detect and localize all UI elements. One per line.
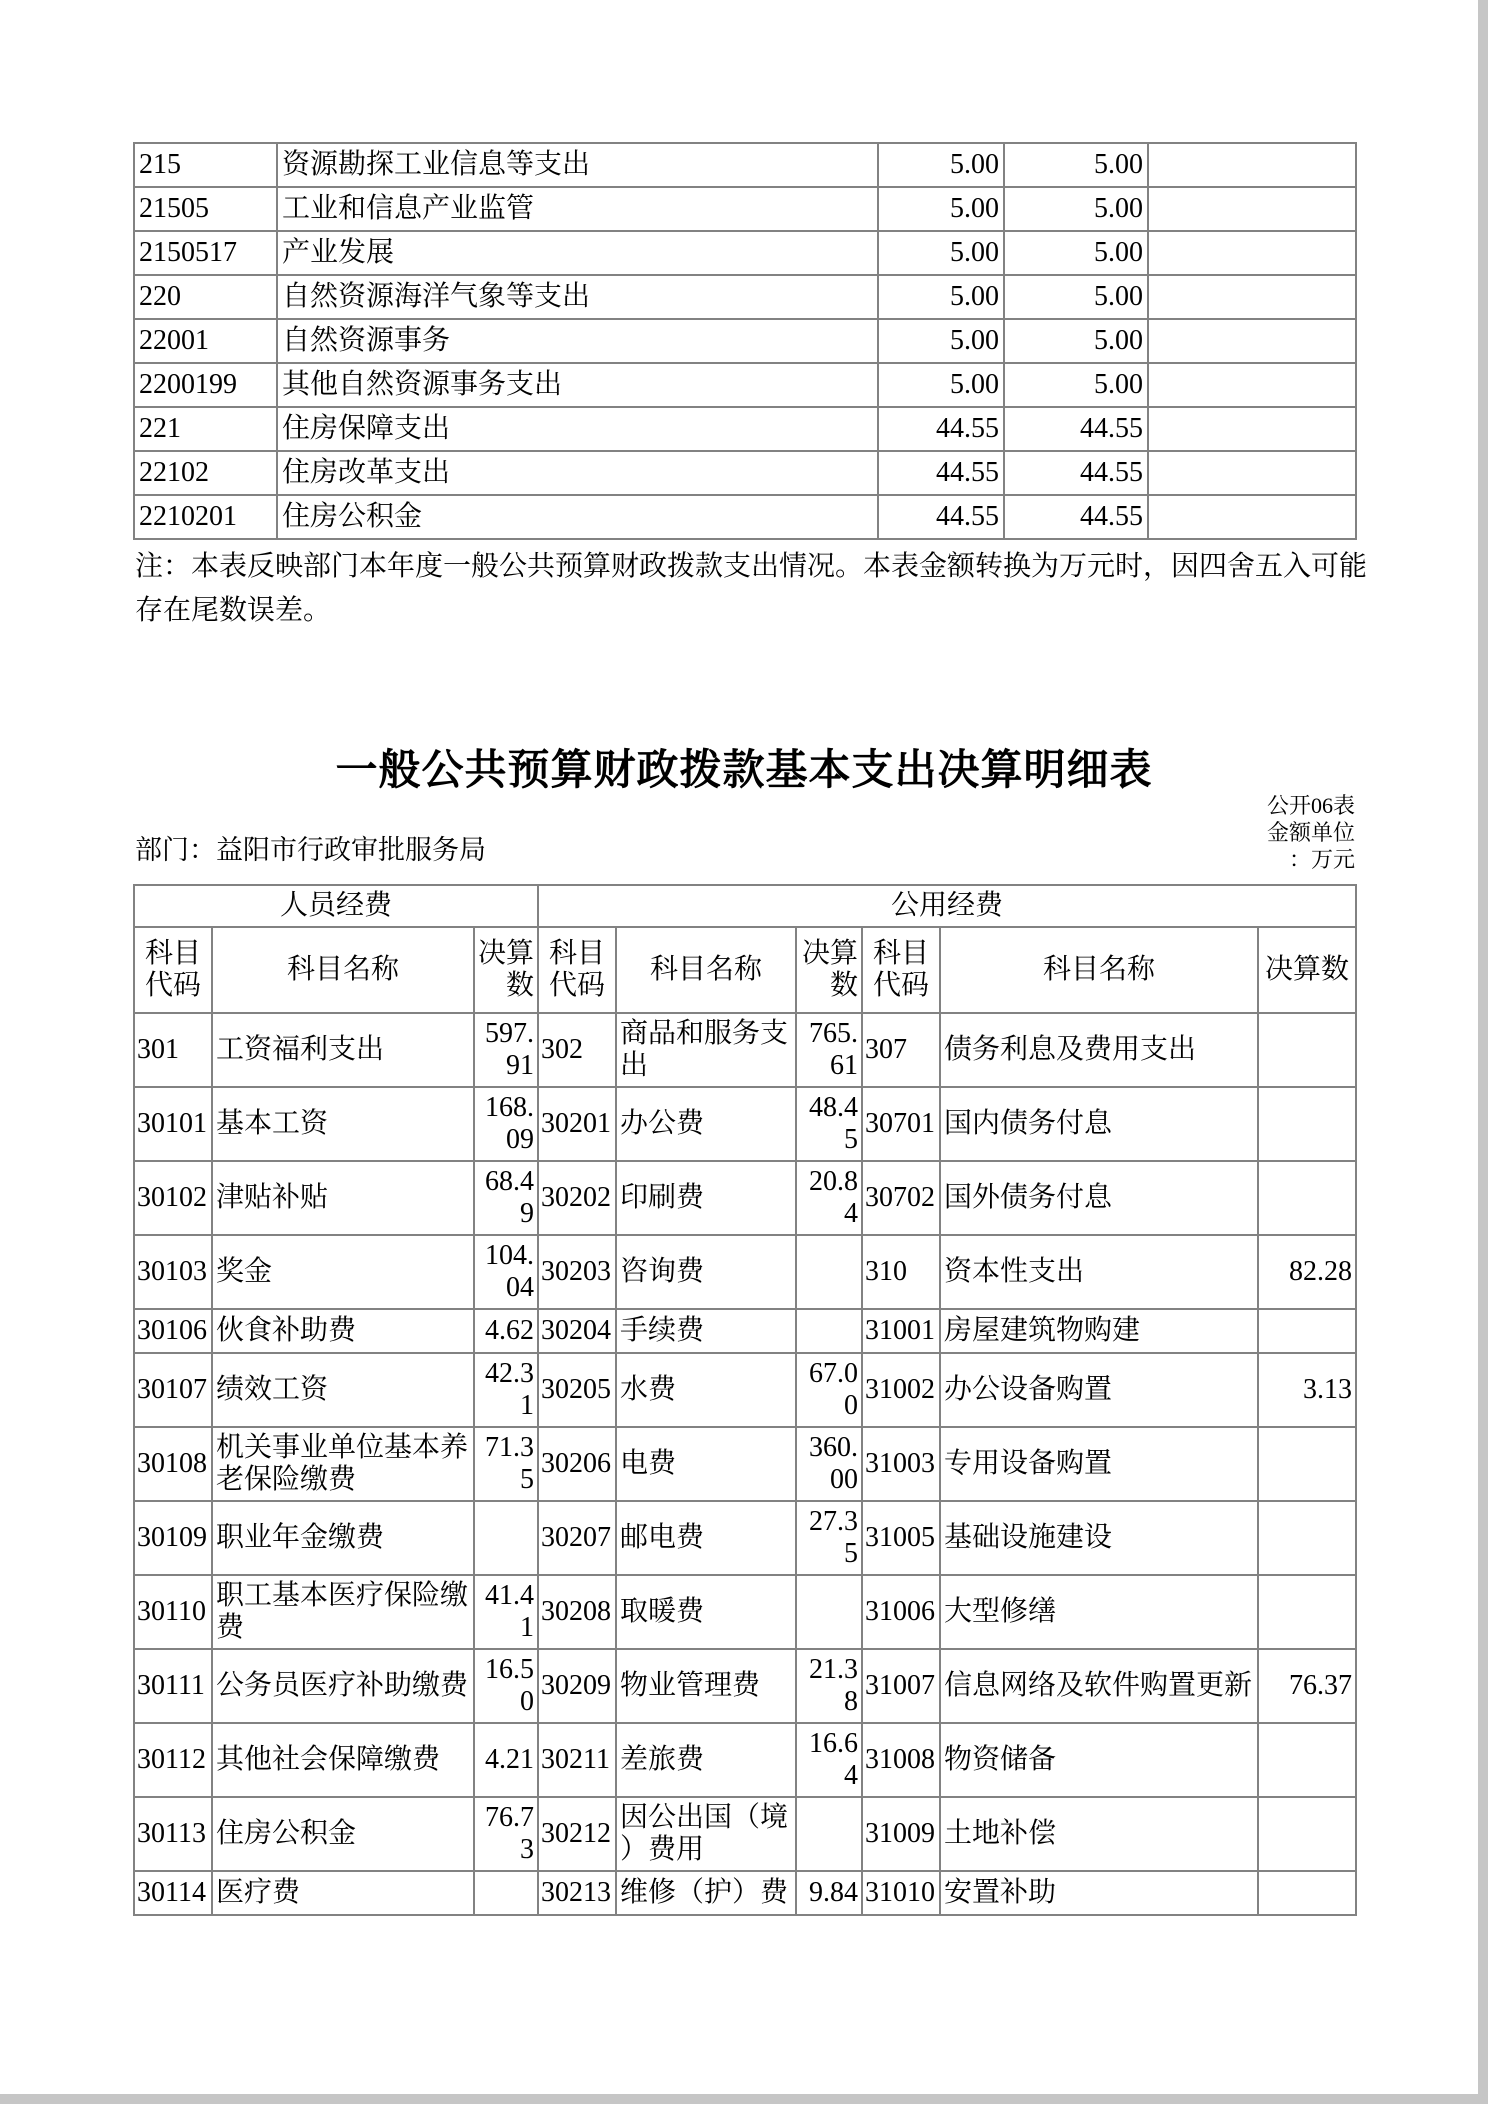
table-row: 220 自然资源海洋气象等支出 5.00 5.00 <box>134 275 1356 319</box>
col-header-subject-name: 科目名称 <box>616 927 796 1013</box>
amount-cell: 4.62 <box>474 1309 538 1353</box>
subject-name-cell: 自然资源海洋气象等支出 <box>277 275 878 319</box>
col-header-subject-code: 科目代码 <box>862 927 940 1013</box>
subject-name-cell: 资本性支出 <box>940 1235 1258 1309</box>
subject-name-cell: 手续费 <box>616 1309 796 1353</box>
table-row: 30108 机关事业单位基本养老保险缴费 71.35 30206 电费 360.… <box>134 1427 1356 1501</box>
subject-code-cell: 302 <box>538 1013 616 1087</box>
subject-name-cell: 办公设备购置 <box>940 1353 1258 1427</box>
amount-cell <box>1258 1723 1356 1797</box>
table-row: 30103 奖金 104.04 30203 咨询费 310 资本性支出 82.2… <box>134 1235 1356 1309</box>
table-row: 21505 工业和信息产业监管 5.00 5.00 <box>134 187 1356 231</box>
document-page: 215 资源勘探工业信息等支出 5.00 5.00 21505 工业和信息产业监… <box>0 0 1488 2104</box>
subject-code-cell: 30702 <box>862 1161 940 1235</box>
table-row: 2200199 其他自然资源事务支出 5.00 5.00 <box>134 363 1356 407</box>
subject-name-cell: 工资福利支出 <box>212 1013 474 1087</box>
subject-code-cell: 30111 <box>134 1649 212 1723</box>
subject-name-cell: 国外债务付息 <box>940 1161 1258 1235</box>
amount-cell <box>796 1797 862 1871</box>
col-header-subject-name: 科目名称 <box>940 927 1258 1013</box>
subject-name-cell: 水费 <box>616 1353 796 1427</box>
subject-code-cell: 30107 <box>134 1353 212 1427</box>
amount-cell <box>1258 1309 1356 1353</box>
subject-code-cell: 31008 <box>862 1723 940 1797</box>
table-row: 30110 职工基本医疗保险缴费 41.41 30208 取暖费 31006 大… <box>134 1575 1356 1649</box>
amount-cell: 5.00 <box>878 231 1004 275</box>
budget-expenditure-table: 215 资源勘探工业信息等支出 5.00 5.00 21505 工业和信息产业监… <box>133 142 1357 540</box>
subject-name-cell: 机关事业单位基本养老保险缴费 <box>212 1427 474 1501</box>
amount-cell <box>1258 1161 1356 1235</box>
subject-code-cell: 30203 <box>538 1235 616 1309</box>
amount-cell <box>1258 1427 1356 1501</box>
amount-cell: 5.00 <box>878 363 1004 407</box>
amount-cell: 5.00 <box>878 319 1004 363</box>
table-row: 30107 绩效工资 42.31 30205 水费 67.00 31002 办公… <box>134 1353 1356 1427</box>
amount-cell: 360.00 <box>796 1427 862 1501</box>
subject-code-cell: 220 <box>134 275 277 319</box>
empty-cell <box>1148 275 1356 319</box>
table-number-label: 公开06表 <box>1055 792 1355 819</box>
empty-cell <box>1148 451 1356 495</box>
empty-cell <box>1148 231 1356 275</box>
amount-cell: 67.00 <box>796 1353 862 1427</box>
subject-name-cell: 住房公积金 <box>212 1797 474 1871</box>
subject-code-cell: 30201 <box>538 1087 616 1161</box>
subject-name-cell: 咨询费 <box>616 1235 796 1309</box>
group-public-header: 公用经费 <box>538 885 1356 927</box>
amount-cell <box>796 1235 862 1309</box>
amount-cell: 76.73 <box>474 1797 538 1871</box>
page-title: 一般公共预算财政拨款基本支出决算明细表 <box>133 746 1355 794</box>
subject-name-cell: 土地补偿 <box>940 1797 1258 1871</box>
column-header-row: 科目代码 科目名称 决算数 科目代码 科目名称 决算数 科目代码 科目名称 决算… <box>134 927 1356 1013</box>
subject-code-cell: 31001 <box>862 1309 940 1353</box>
amount-cell: 82.28 <box>1258 1235 1356 1309</box>
subject-name-cell: 因公出国（境）费用 <box>616 1797 796 1871</box>
subject-name-cell: 资源勘探工业信息等支出 <box>277 143 878 187</box>
amount-cell: 44.55 <box>1004 407 1148 451</box>
subject-code-cell: 30213 <box>538 1871 616 1915</box>
subject-name-cell: 基本工资 <box>212 1087 474 1161</box>
subject-name-cell: 伙食补助费 <box>212 1309 474 1353</box>
amount-cell <box>796 1309 862 1353</box>
subject-code-cell: 31007 <box>862 1649 940 1723</box>
subject-code-cell: 30207 <box>538 1501 616 1575</box>
subject-code-cell: 30113 <box>134 1797 212 1871</box>
page-edge-right <box>1478 0 1488 2104</box>
table-footnote: 注：本表反映部门本年度一般公共预算财政拨款支出情况。本表金额转换为万元时，因四舍… <box>135 545 1373 633</box>
subject-name-cell: 其他自然资源事务支出 <box>277 363 878 407</box>
subject-code-cell: 30202 <box>538 1161 616 1235</box>
subject-name-cell: 医疗费 <box>212 1871 474 1915</box>
subject-code-cell: 307 <box>862 1013 940 1087</box>
subject-code-cell: 30108 <box>134 1427 212 1501</box>
amount-cell: 44.55 <box>1004 495 1148 539</box>
amount-cell: 21.38 <box>796 1649 862 1723</box>
amount-cell: 44.55 <box>1004 451 1148 495</box>
amount-cell: 5.00 <box>1004 143 1148 187</box>
subject-name-cell: 印刷费 <box>616 1161 796 1235</box>
subject-name-cell: 其他社会保障缴费 <box>212 1723 474 1797</box>
subject-code-cell: 31003 <box>862 1427 940 1501</box>
subject-code-cell: 30209 <box>538 1649 616 1723</box>
subject-name-cell: 绩效工资 <box>212 1353 474 1427</box>
subject-code-cell: 30206 <box>538 1427 616 1501</box>
amount-cell: 76.37 <box>1258 1649 1356 1723</box>
empty-cell <box>1148 495 1356 539</box>
amount-cell: 5.00 <box>1004 275 1148 319</box>
table-row: 22001 自然资源事务 5.00 5.00 <box>134 319 1356 363</box>
department-label: 部门：益阳市行政审批服务局 <box>135 834 1035 866</box>
subject-code-cell: 31010 <box>862 1871 940 1915</box>
subject-name-cell: 住房保障支出 <box>277 407 878 451</box>
amount-cell <box>1258 1087 1356 1161</box>
subject-code-cell: 22001 <box>134 319 277 363</box>
amount-cell: 44.55 <box>878 407 1004 451</box>
subject-name-cell: 工业和信息产业监管 <box>277 187 878 231</box>
subject-name-cell: 办公费 <box>616 1087 796 1161</box>
subject-name-cell: 差旅费 <box>616 1723 796 1797</box>
group-header-row: 人员经费 公用经费 <box>134 885 1356 927</box>
subject-code-cell: 30109 <box>134 1501 212 1575</box>
col-header-amount: 决算数 <box>474 927 538 1013</box>
amount-cell: 5.00 <box>1004 363 1148 407</box>
subject-name-cell: 住房改革支出 <box>277 451 878 495</box>
amount-cell: 20.84 <box>796 1161 862 1235</box>
amount-cell: 44.55 <box>878 495 1004 539</box>
subject-code-cell: 30112 <box>134 1723 212 1797</box>
subject-name-cell: 专用设备购置 <box>940 1427 1258 1501</box>
subject-code-cell: 2150517 <box>134 231 277 275</box>
subject-code-cell: 30211 <box>538 1723 616 1797</box>
amount-cell <box>474 1501 538 1575</box>
table-row: 221 住房保障支出 44.55 44.55 <box>134 407 1356 451</box>
amount-cell: 5.00 <box>878 143 1004 187</box>
empty-cell <box>1148 319 1356 363</box>
subject-code-cell: 31009 <box>862 1797 940 1871</box>
subject-code-cell: 30204 <box>538 1309 616 1353</box>
subject-code-cell: 31002 <box>862 1353 940 1427</box>
amount-cell: 44.55 <box>878 451 1004 495</box>
subject-code-cell: 30212 <box>538 1797 616 1871</box>
amount-cell: 27.35 <box>796 1501 862 1575</box>
table-row: 30106 伙食补助费 4.62 30204 手续费 31001 房屋建筑物购建 <box>134 1309 1356 1353</box>
subject-code-cell: 21505 <box>134 187 277 231</box>
subject-name-cell: 住房公积金 <box>277 495 878 539</box>
table-row: 2150517 产业发展 5.00 5.00 <box>134 231 1356 275</box>
amount-cell: 104.04 <box>474 1235 538 1309</box>
amount-cell <box>1258 1871 1356 1915</box>
subject-code-cell: 30101 <box>134 1087 212 1161</box>
amount-cell: 9.84 <box>796 1871 862 1915</box>
subject-code-cell: 30102 <box>134 1161 212 1235</box>
subject-code-cell: 30110 <box>134 1575 212 1649</box>
subject-code-cell: 22102 <box>134 451 277 495</box>
table-row: 2210201 住房公积金 44.55 44.55 <box>134 495 1356 539</box>
subject-code-cell: 2200199 <box>134 363 277 407</box>
amount-cell: 5.00 <box>878 275 1004 319</box>
empty-cell <box>1148 143 1356 187</box>
subject-name-cell: 公务员医疗补助缴费 <box>212 1649 474 1723</box>
amount-cell: 16.64 <box>796 1723 862 1797</box>
subject-name-cell: 产业发展 <box>277 231 878 275</box>
subject-name-cell: 债务利息及费用支出 <box>940 1013 1258 1087</box>
amount-cell <box>474 1871 538 1915</box>
group-personnel-header: 人员经费 <box>134 885 538 927</box>
page-edge-bottom <box>0 2094 1488 2104</box>
subject-name-cell: 自然资源事务 <box>277 319 878 363</box>
amount-cell: 5.00 <box>1004 319 1148 363</box>
subject-name-cell: 商品和服务支出 <box>616 1013 796 1087</box>
col-header-amount: 决算数 <box>796 927 862 1013</box>
subject-code-cell: 30208 <box>538 1575 616 1649</box>
table-row: 215 资源勘探工业信息等支出 5.00 5.00 <box>134 143 1356 187</box>
unit-label-line1: 金额单位 <box>1055 819 1355 846</box>
unit-label-line2: ：万元 <box>1055 846 1355 873</box>
table-row: 301 工资福利支出 597.91 302 商品和服务支出 765.61 307… <box>134 1013 1356 1087</box>
subject-code-cell: 30205 <box>538 1353 616 1427</box>
subject-name-cell: 物资储备 <box>940 1723 1258 1797</box>
subject-name-cell: 取暖费 <box>616 1575 796 1649</box>
subject-code-cell: 215 <box>134 143 277 187</box>
amount-cell: 41.41 <box>474 1575 538 1649</box>
amount-cell <box>1258 1575 1356 1649</box>
subject-code-cell: 221 <box>134 407 277 451</box>
subject-name-cell: 安置补助 <box>940 1871 1258 1915</box>
table-row: 30101 基本工资 168.09 30201 办公费 48.45 30701 … <box>134 1087 1356 1161</box>
empty-cell <box>1148 363 1356 407</box>
subject-code-cell: 31005 <box>862 1501 940 1575</box>
subject-code-cell: 310 <box>862 1235 940 1309</box>
amount-cell <box>796 1575 862 1649</box>
table-row: 30102 津贴补贴 68.49 30202 印刷费 20.84 30702 国… <box>134 1161 1356 1235</box>
subject-name-cell: 大型修缮 <box>940 1575 1258 1649</box>
subject-code-cell: 301 <box>134 1013 212 1087</box>
col-header-subject-name: 科目名称 <box>212 927 474 1013</box>
subject-name-cell: 电费 <box>616 1427 796 1501</box>
subject-name-cell: 国内债务付息 <box>940 1087 1258 1161</box>
subject-code-cell: 30103 <box>134 1235 212 1309</box>
subject-code-cell: 30701 <box>862 1087 940 1161</box>
amount-cell: 3.13 <box>1258 1353 1356 1427</box>
amount-cell: 5.00 <box>1004 187 1148 231</box>
table-row: 30113 住房公积金 76.73 30212 因公出国（境）费用 31009 … <box>134 1797 1356 1871</box>
amount-cell: 5.00 <box>1004 231 1148 275</box>
col-header-subject-code: 科目代码 <box>538 927 616 1013</box>
amount-cell: 168.09 <box>474 1087 538 1161</box>
table-meta-labels: 公开06表 金额单位 ：万元 <box>1055 792 1355 873</box>
amount-cell <box>1258 1797 1356 1871</box>
amount-cell <box>1258 1013 1356 1087</box>
table-row: 30109 职业年金缴费 30207 邮电费 27.35 31005 基础设施建… <box>134 1501 1356 1575</box>
amount-cell: 42.31 <box>474 1353 538 1427</box>
subject-name-cell: 维修（护）费 <box>616 1871 796 1915</box>
subject-name-cell: 职业年金缴费 <box>212 1501 474 1575</box>
table-row: 30112 其他社会保障缴费 4.21 30211 差旅费 16.64 3100… <box>134 1723 1356 1797</box>
table-row: 30111 公务员医疗补助缴费 16.50 30209 物业管理费 21.38 … <box>134 1649 1356 1723</box>
table-row: 22102 住房改革支出 44.55 44.55 <box>134 451 1356 495</box>
subject-name-cell: 职工基本医疗保险缴费 <box>212 1575 474 1649</box>
col-header-subject-code: 科目代码 <box>134 927 212 1013</box>
amount-cell: 48.45 <box>796 1087 862 1161</box>
empty-cell <box>1148 407 1356 451</box>
subject-code-cell: 30114 <box>134 1871 212 1915</box>
amount-cell: 765.61 <box>796 1013 862 1087</box>
subject-name-cell: 基础设施建设 <box>940 1501 1258 1575</box>
amount-cell: 16.50 <box>474 1649 538 1723</box>
amount-cell: 5.00 <box>878 187 1004 231</box>
subject-name-cell: 信息网络及软件购置更新 <box>940 1649 1258 1723</box>
subject-code-cell: 31006 <box>862 1575 940 1649</box>
basic-expenditure-detail-table: 人员经费 公用经费 科目代码 科目名称 决算数 科目代码 科目名称 决算数 科目… <box>133 884 1357 1916</box>
amount-cell <box>1258 1501 1356 1575</box>
subject-name-cell: 津贴补贴 <box>212 1161 474 1235</box>
subject-code-cell: 2210201 <box>134 495 277 539</box>
subject-name-cell: 邮电费 <box>616 1501 796 1575</box>
subject-name-cell: 奖金 <box>212 1235 474 1309</box>
amount-cell: 4.21 <box>474 1723 538 1797</box>
subject-name-cell: 房屋建筑物购建 <box>940 1309 1258 1353</box>
col-header-amount: 决算数 <box>1258 927 1356 1013</box>
subject-name-cell: 物业管理费 <box>616 1649 796 1723</box>
amount-cell: 597.91 <box>474 1013 538 1087</box>
amount-cell: 68.49 <box>474 1161 538 1235</box>
subject-code-cell: 30106 <box>134 1309 212 1353</box>
table-row: 30114 医疗费 30213 维修（护）费 9.84 31010 安置补助 <box>134 1871 1356 1915</box>
amount-cell: 71.35 <box>474 1427 538 1501</box>
empty-cell <box>1148 187 1356 231</box>
